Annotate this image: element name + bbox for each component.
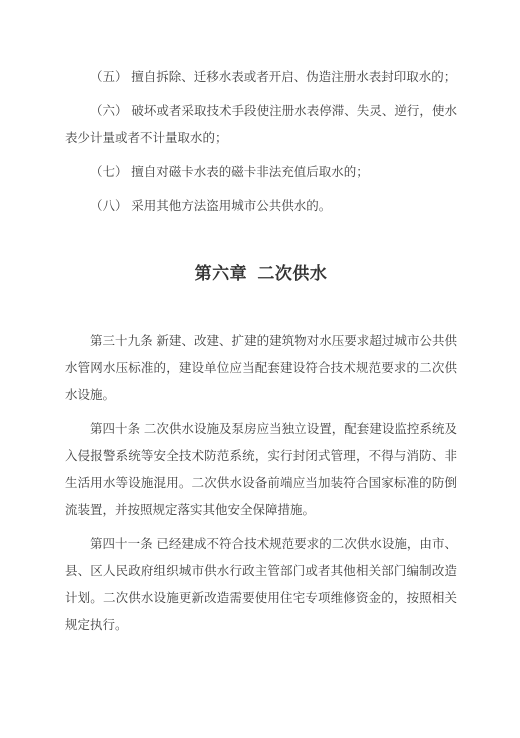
clause-marker: （五）: [90, 70, 128, 84]
clause-text: 擅自拆除、迁移水表或者开启、伪造注册水表封印取水的；: [131, 70, 456, 84]
article-number: 第三十九条: [90, 334, 153, 348]
article-number: 第四十条: [90, 422, 140, 436]
clause-marker: （六）: [90, 104, 128, 118]
clause-item: （六）破坏或者采取技术手段使注册水表停滞、失灵、逆行，使水表少计量或者不计量取水…: [65, 98, 457, 152]
clause-marker: （七）: [90, 165, 128, 179]
clause-item: （五）擅自拆除、迁移水表或者开启、伪造注册水表封印取水的；: [65, 64, 457, 91]
article-paragraph: 第三十九条新建、改建、扩建的建筑物对水压要求超过城市公共供水管网水压标准的，建设…: [65, 328, 457, 409]
chapter-number: 第六章: [195, 264, 248, 283]
chapter-title: 二次供水: [257, 264, 327, 283]
clause-text: 擅自对磁卡水表的磁卡非法充值后取水的；: [131, 165, 369, 179]
article-number: 第四十一条: [90, 537, 153, 551]
clause-item: （七）擅自对磁卡水表的磁卡非法充值后取水的；: [65, 159, 457, 186]
article-text: 已经建成不符合技术规范要求的二次供水设施，由市、县、区人民政府组织城市供水行政主…: [65, 537, 457, 632]
clause-marker: （八）: [90, 199, 128, 213]
article-paragraph: 第四十一条已经建成不符合技术规范要求的二次供水设施，由市、县、区人民政府组织城市…: [65, 531, 457, 639]
clause-item: （八）采用其他方法盗用城市公共供水的。: [65, 193, 457, 220]
clause-text: 采用其他方法盗用城市公共供水的。: [131, 199, 331, 213]
chapter-heading: 第六章二次供水: [65, 260, 457, 288]
article-paragraph: 第四十条二次供水设施及泵房应当独立设置，配套建设监控系统及入侵报警系统等安全技术…: [65, 416, 457, 524]
document-page: （五）擅自拆除、迁移水表或者开启、伪造注册水表封印取水的； （六）破坏或者采取技…: [0, 0, 520, 738]
article-text: 二次供水设施及泵房应当独立设置，配套建设监控系统及入侵报警系统等安全技术防范系统…: [65, 422, 457, 517]
